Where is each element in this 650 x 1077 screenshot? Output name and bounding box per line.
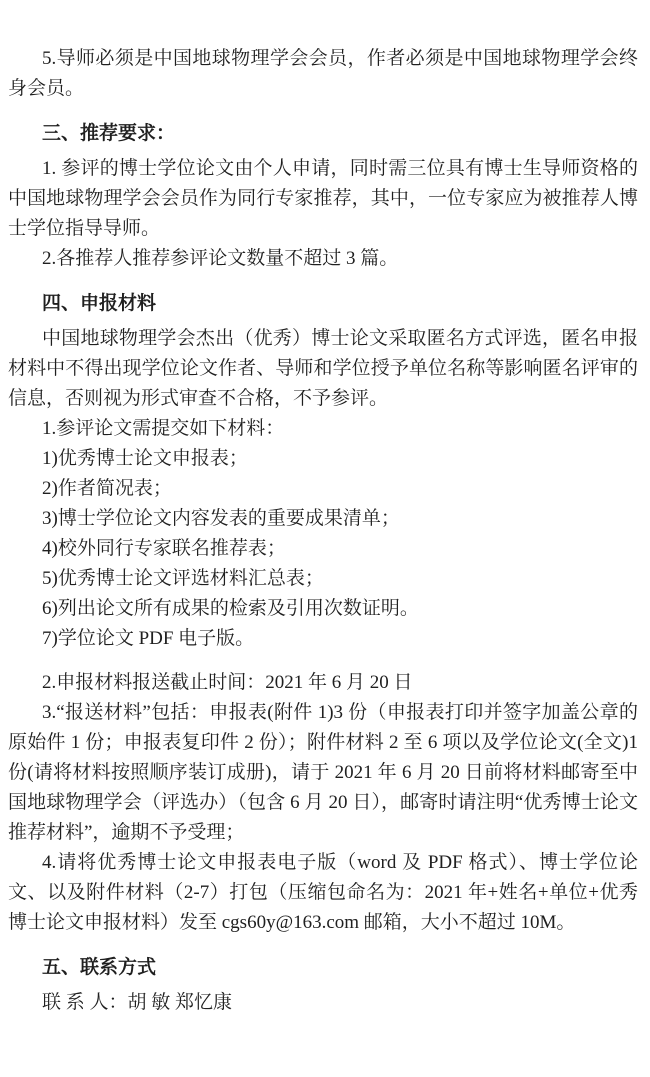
- document-page: 5.导师必须是中国地球物理学会会员，作者必须是中国地球物理学会终身会员。 三、推…: [0, 0, 650, 1077]
- paragraph-email-submission: 4.请将优秀博士论文申报表电子版（word 及 PDF 格式）、博士学位论文、以…: [8, 848, 638, 938]
- paragraph-deadline: 2.申报材料报送截止时间：2021 年 6 月 20 日: [8, 668, 638, 698]
- list-item-thesis-pdf: 7)学位论文 PDF 电子版。: [8, 624, 638, 654]
- paragraph-supervisor-membership: 5.导师必须是中国地球物理学会会员，作者必须是中国地球物理学会终身会员。: [8, 44, 638, 104]
- paragraph-contact-persons: 联 系 人：胡 敏 郑忆康: [8, 988, 638, 1018]
- paragraph-anonymous-review: 中国地球物理学会杰出（优秀）博士论文采取匿名方式评选，匿名申报材料中不得出现学位…: [8, 324, 638, 414]
- list-item-author-profile: 2)作者简况表；: [8, 474, 638, 504]
- paragraph-recommendation-rule-2: 2.各推荐人推荐参评论文数量不超过 3 篇。: [8, 244, 638, 274]
- list-item-achievements-list: 3)博士学位论文内容发表的重要成果清单；: [8, 504, 638, 534]
- paragraph-materials-intro: 1.参评论文需提交如下材料：: [8, 414, 638, 444]
- paragraph-recommendation-rule-1: 1. 参评的博士学位论文由个人申请，同时需三位具有博士生导师资格的中国地球物理学…: [8, 154, 638, 244]
- list-item-expert-recommendation: 4)校外同行专家联名推荐表；: [8, 534, 638, 564]
- paragraph-mailing-details: 3.“报送材料”包括：申报表(附件 1)3 份（申报表打印并签字加盖公章的原始件…: [8, 698, 638, 848]
- list-item-application-form: 1)优秀博士论文申报表；: [8, 444, 638, 474]
- list-item-citation-proof: 6)列出论文所有成果的检索及引用次数证明。: [8, 594, 638, 624]
- section-heading-contact: 五、联系方式: [8, 953, 638, 983]
- section-heading-application-materials: 四、申报材料: [8, 289, 638, 319]
- list-item-summary-table: 5)优秀博士论文评选材料汇总表；: [8, 564, 638, 594]
- section-heading-recommendation-requirements: 三、推荐要求：: [8, 119, 638, 149]
